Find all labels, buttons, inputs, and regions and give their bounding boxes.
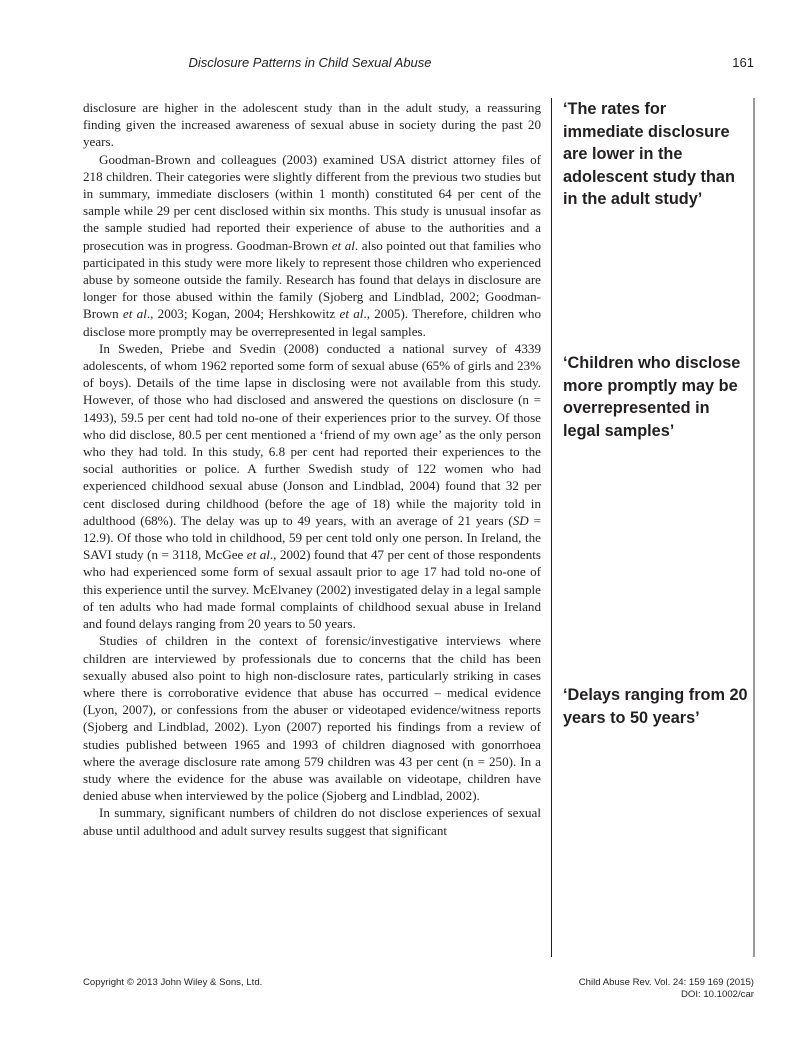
margin-rule-right (753, 98, 755, 957)
paragraph-4: Studies of children in the context of fo… (83, 632, 541, 804)
paragraph-5: In summary, significant numbers of child… (83, 804, 541, 838)
main-text-column: disclosure are higher in the adolescent … (83, 99, 541, 839)
pullquote-1: ‘The rates for immediate disclosure are … (563, 98, 748, 211)
paragraph-3: In Sweden, Priebe and Svedin (2008) cond… (83, 340, 541, 632)
citation-block: Child Abuse Rev. Vol. 24: 159 169 (2015)… (579, 977, 754, 1001)
journal-citation: Child Abuse Rev. Vol. 24: 159 169 (2015) (579, 977, 754, 989)
italic-run: SD (513, 513, 529, 528)
italic-run: et al (247, 547, 270, 562)
pullquote-2: ‘Children who disclose more promptly may… (563, 352, 748, 442)
italic-run: et al (123, 306, 147, 321)
paragraph-1: disclosure are higher in the adolescent … (83, 99, 541, 151)
pullquote-3: ‘Delays ranging from 20 years to 50 year… (563, 684, 748, 729)
text-run: In Sweden, Priebe and Svedin (2008) cond… (83, 341, 541, 528)
running-title: Disclosure Patterns in Child Sexual Abus… (83, 55, 537, 71)
page-number: 161 (732, 55, 754, 71)
paragraph-2: Goodman-Brown and colleagues (2003) exam… (83, 151, 541, 340)
text-run: ., 2003; Kogan, 2004; Hershkowitz (147, 306, 340, 321)
doi: DOI: 10.1002/car (579, 989, 754, 1001)
italic-run: et al (332, 238, 355, 253)
italic-run: et al (340, 306, 364, 321)
copyright-notice: Copyright © 2013 John Wiley & Sons, Ltd. (83, 977, 262, 989)
margin-rule-left (551, 98, 552, 957)
